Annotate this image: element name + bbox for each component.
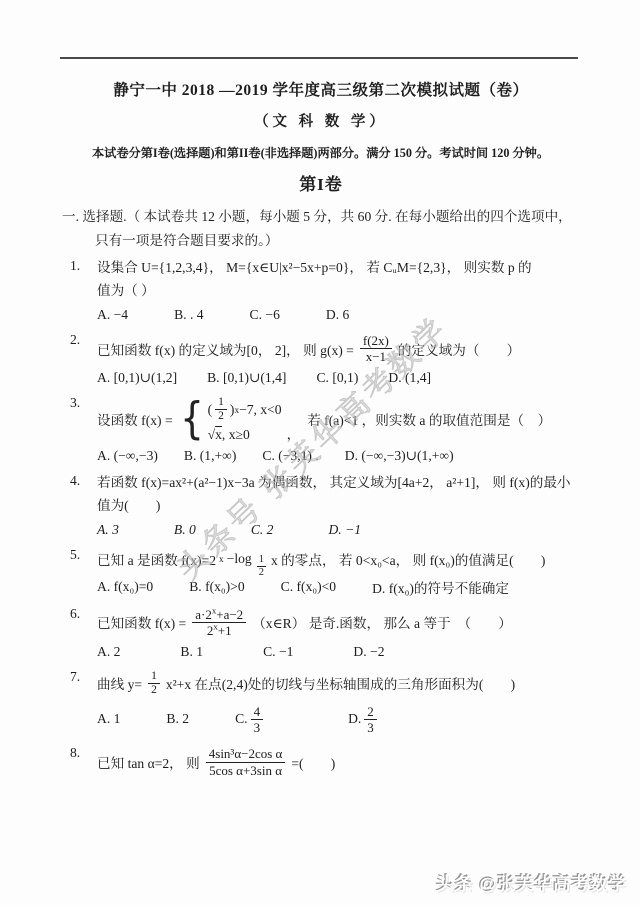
fraction-numerator: 1: [215, 396, 227, 410]
math-text: , x≥0: [222, 427, 250, 443]
math-text: +a−2: [216, 607, 243, 622]
option-label: D.: [348, 711, 361, 727]
question-6-options: A. 2 B. 1 C. −1 D. −2: [97, 644, 580, 660]
option-a: A. f(x₀)=0: [97, 579, 153, 595]
math-text: (: [208, 402, 213, 418]
fraction: 4sin³α−2cos α 5cos α+3sin α: [206, 746, 286, 778]
fraction-numerator: 2: [364, 704, 377, 720]
option-c: C. −6: [250, 307, 280, 323]
question-number: 2.: [70, 332, 97, 348]
option-b: B. . 4: [174, 307, 203, 323]
question-body: 已知函数 f(x) 的定义域为[0， 2]， 则 g(x) = f(2x) x−…: [97, 332, 580, 387]
subject-subtitle: （文 科 数 学）: [62, 110, 580, 131]
question-7-options: A. 1 B. 2 C. 43 D. 23: [97, 703, 580, 737]
question-8-stem: 已知 tan α=2， 则 4sin³α−2cos α 5cos α+3sin …: [97, 745, 580, 779]
question-number: 5.: [70, 547, 97, 563]
option-d: D. f(x₀)的符号不能确定: [372, 577, 509, 597]
option-value: 1: [114, 711, 121, 727]
option-value: 2: [182, 711, 189, 727]
question-7: 7. 曲线 y= 1 2 x²+x 在点(2,4)处的切线与坐标轴围成的三角形面…: [62, 669, 580, 736]
fraction: 23: [364, 704, 377, 736]
section-heading-line1: 一. 选择题.（ 本试卷共 12 小题，每小题 5 分，共 60 分. 在每小题…: [62, 205, 580, 225]
question-4: 4. 若函数 f(x)=ax²+(a²−1)x−3a 为偶函数， 其定义域为[4…: [62, 473, 580, 538]
log-base-fraction: 1 2: [257, 554, 266, 579]
option-a: A. 2: [97, 644, 120, 660]
option-c: C. f(x₀)<0: [281, 579, 336, 595]
corner-watermark: 头条 @张芙华高考数学: [437, 871, 627, 896]
section-heading-line2: 只有一项是符合题目要求的。）: [62, 229, 580, 249]
math-text: 已知函数 f(x) =: [97, 612, 186, 632]
question-2-options: A. [0,1)∪(1,2] B. [0,1)∪(1,4] C. [0,1) D…: [97, 370, 580, 386]
question-4-options: A. 3 B. 0 C. 2 D. −1: [97, 522, 580, 538]
question-5: 5. 已知 a 是函数 f(x)=2x−log 1 2 x 的零点， 若 0<x…: [62, 547, 580, 597]
math-text: −7, x<0: [239, 402, 282, 418]
radical-sign: √: [208, 427, 215, 442]
fraction-denominator: 5cos α+3sin α: [206, 763, 285, 778]
option-label: A.: [97, 711, 110, 727]
question-body: 若函数 f(x)=ax²+(a²−1)x−3a 为偶函数， 其定义域为[4a+2…: [97, 473, 580, 538]
fraction-numerator: 4: [251, 704, 264, 720]
exam-paper-page: 头条号 张芙华高考数学 静宁一中 2018 —2019 学年度高三级第二次模拟试…: [0, 0, 640, 905]
question-6: 6. 已知函数 f(x) = a·2x+a−2 2x+1 （x∈R） 是奇.函数…: [62, 606, 580, 661]
math-text: 设函数 f(x) =: [97, 409, 173, 429]
question-2: 2. 已知函数 f(x) 的定义域为[0， 2]， 则 g(x) = f(2x)…: [62, 332, 580, 387]
piecewise-function: { ( 1 2 ) x −7, x<0: [178, 395, 282, 442]
option-c: C. 43: [235, 703, 266, 737]
page-title: 静宁一中 2018 —2019 学年度高三级第二次模拟试题（卷）: [62, 78, 580, 100]
option-d: D. (−∞,−3)∪(1,+∞): [345, 448, 454, 464]
question-7-stem: 曲线 y= 1 2 x²+x 在点(2,4)处的切线与坐标轴围成的三角形面积为(…: [97, 669, 580, 697]
fraction-denominator: 2: [259, 567, 264, 579]
math-text: a·2: [195, 607, 212, 622]
option-b: B. (1,+∞): [184, 448, 236, 464]
fraction: 1 2: [215, 396, 227, 422]
question-number: 1.: [70, 258, 97, 274]
fraction-numerator: a·2x+a−2: [192, 607, 246, 623]
option-a: A. −4: [97, 307, 128, 323]
question-1-options: A. −4 B. . 4 C. −6 D. 6: [97, 307, 580, 323]
option-d: D. −1: [328, 522, 361, 538]
option-b: B. 1: [180, 644, 203, 660]
fraction-denominator: 3: [251, 720, 264, 735]
option-a: A. [0,1)∪(1,2]: [97, 370, 177, 386]
math-text: x 的零点， 若 0<x₀<a， 则 f(x₀)的值满足( ): [271, 549, 545, 569]
option-d: D. −2: [353, 644, 384, 660]
cases-column: ( 1 2 ) x −7, x<0 √x: [208, 395, 282, 442]
math-text: （x∈R） 是奇.函数， 那么 a 等于 （ ）: [252, 612, 512, 632]
option-d: D. 6: [326, 307, 349, 323]
question-body: 已知函数 f(x) = a·2x+a−2 2x+1 （x∈R） 是奇.函数， 那…: [97, 606, 580, 661]
question-4-stem-line2: 值为( ): [97, 496, 580, 516]
radical: √x: [208, 427, 222, 443]
case-row-1: ( 1 2 ) x −7, x<0: [208, 395, 282, 423]
option-a: A. (−∞,−3): [97, 448, 158, 464]
question-body: 设集合 U={1,2,3,4}， M={x∈U|x²−5x+p=0}， 若 Cᵤ…: [97, 258, 580, 323]
question-number: 4.: [70, 473, 97, 489]
question-number: 6.: [70, 606, 97, 622]
question-1-stem-line1: 设集合 U={1,2,3,4}， M={x∈U|x²−5x+p=0}， 若 Cᵤ…: [97, 258, 580, 278]
question-body: 曲线 y= 1 2 x²+x 在点(2,4)处的切线与坐标轴围成的三角形面积为(…: [97, 669, 580, 736]
question-6-stem: 已知函数 f(x) = a·2x+a−2 2x+1 （x∈R） 是奇.函数， 那…: [97, 606, 580, 640]
case-row-2: √x , x≥0: [208, 427, 282, 443]
fraction: a·2x+a−2 2x+1: [192, 607, 246, 639]
option-label: C.: [235, 711, 247, 727]
part-title: 第I卷: [62, 170, 580, 195]
option-c: C. −1: [263, 644, 293, 660]
math-text: 已知 tan α=2， 则: [97, 752, 200, 772]
math-text: 曲线 y=: [97, 673, 142, 693]
math-text: x²+x 在点(2,4)处的切线与坐标轴围成的三角形面积为( ): [166, 673, 515, 693]
question-body: 已知 tan α=2， 则 4sin³α−2cos α 5cos α+3sin …: [97, 745, 580, 779]
fraction: 1 2: [148, 670, 160, 696]
question-number: 7.: [70, 669, 97, 685]
question-1: 1. 设集合 U={1,2,3,4}， M={x∈U|x²−5x+p=0}， 若…: [62, 258, 580, 323]
fraction-numerator: 1: [257, 554, 266, 567]
option-a: A. 1: [97, 711, 120, 727]
question-5-options: A. f(x₀)=0 B. f(x₀)>0 C. f(x₀)<0 D. f(x₀…: [97, 577, 580, 597]
question-8: 8. 已知 tan α=2， 则 4sin³α−2cos α 5cos α+3s…: [62, 745, 580, 779]
option-b: B. [0,1)∪(1,4]: [207, 370, 286, 386]
math-text: +1: [218, 623, 232, 638]
fraction-numerator: 4sin³α−2cos α: [206, 746, 286, 762]
fraction-denominator: 2: [148, 684, 160, 697]
option-d: D. 23: [348, 703, 380, 737]
math-text: =( ): [291, 752, 335, 772]
fraction-denominator: 3: [364, 720, 377, 735]
radicand: x: [215, 427, 222, 442]
question-4-stem-line1: 若函数 f(x)=ax²+(a²−1)x−3a 为偶函数， 其定义域为[4a+2…: [97, 473, 580, 493]
exam-intro: 本试卷分第I卷(选择题)和第II卷(非选择题)两部分。满分 150 分。考试时间…: [62, 144, 580, 161]
option-b: B. 2: [166, 711, 189, 727]
fraction-denominator: 2: [215, 410, 227, 423]
fraction-numerator: 1: [148, 670, 160, 684]
left-brace: {: [180, 400, 204, 437]
option-a: A. 3: [97, 522, 119, 538]
option-label: B.: [166, 711, 178, 727]
question-number: 8.: [70, 745, 97, 761]
math-text: 已知函数 f(x) 的定义域为[0， 2]， 则 g(x) =: [97, 339, 354, 359]
question-number: 3.: [70, 395, 97, 411]
fraction-denominator: 2x+1: [204, 623, 235, 638]
question-1-stem-line2: 值为（ ）: [97, 281, 580, 301]
question-2-stem: 已知函数 f(x) 的定义域为[0， 2]， 则 g(x) = f(2x) x−…: [97, 332, 580, 366]
fraction: 43: [251, 704, 264, 736]
